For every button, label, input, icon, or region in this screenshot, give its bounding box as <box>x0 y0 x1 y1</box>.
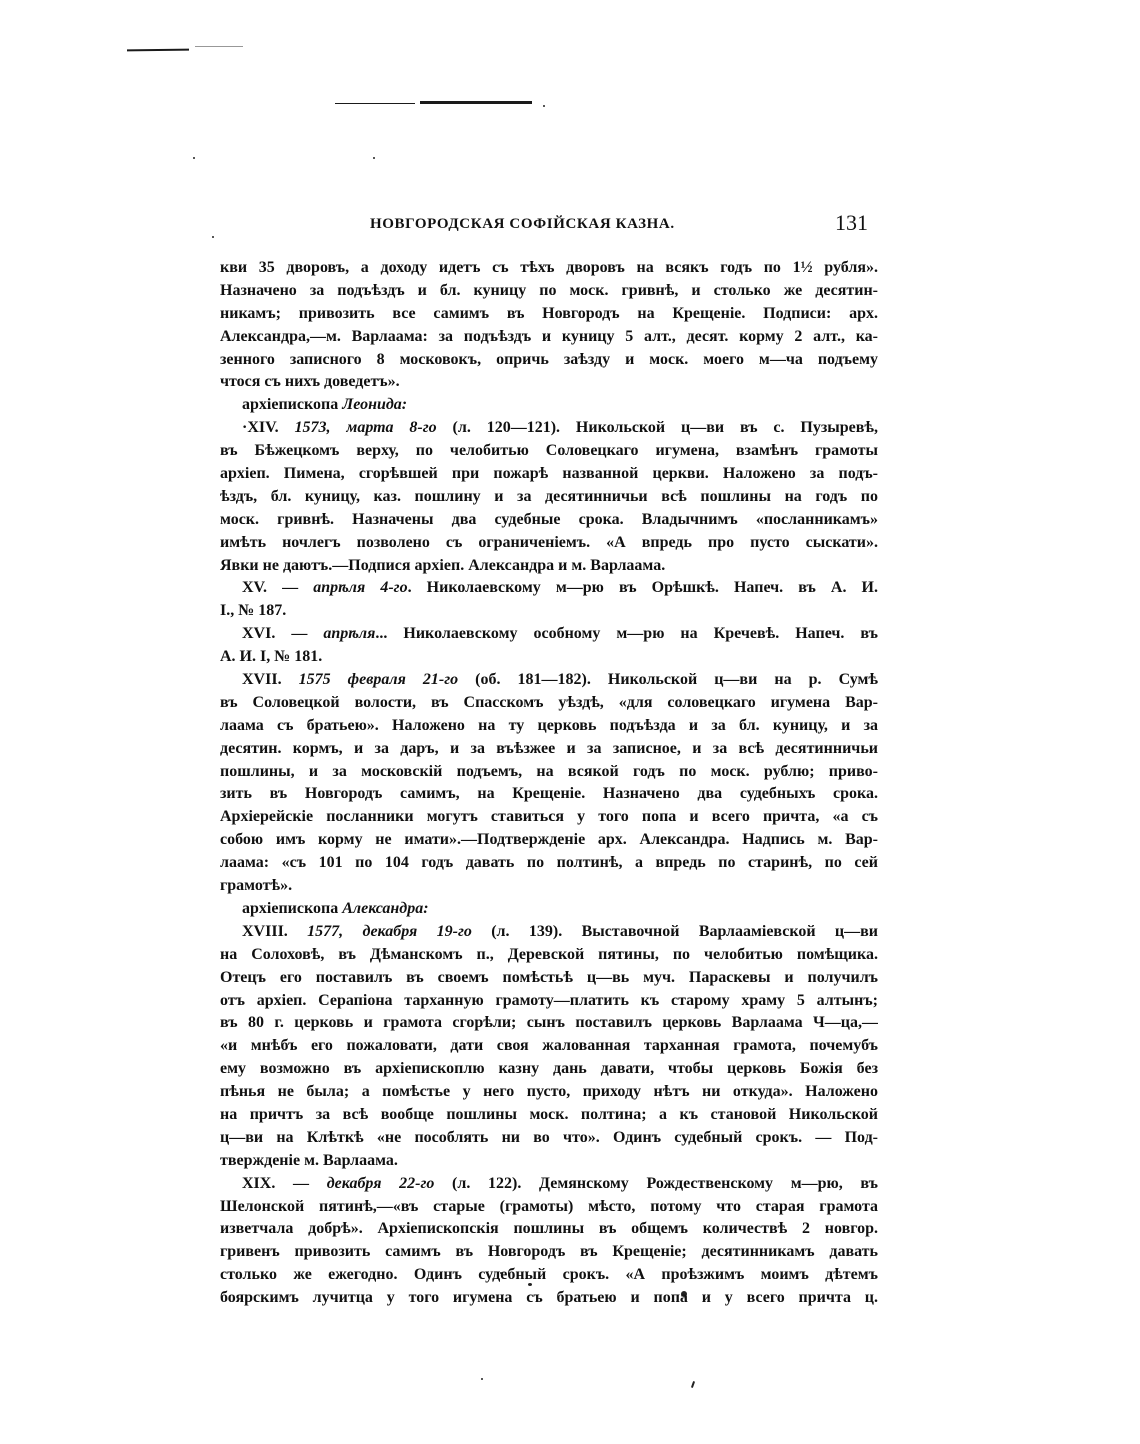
text-line: ц—ви на Клѣткѣ «не пособлять ни во что».… <box>220 1127 878 1150</box>
text-span: Архіерейскіе посланники могутъ ставиться… <box>220 808 878 825</box>
text-line: «и мнѣбъ его пожаловати, дати своя жалов… <box>220 1035 878 1058</box>
text-span: ѣздъ, бл. куницу, каз. пошлину и за деся… <box>220 488 878 505</box>
text-line: XVI. — апрѣля... Николаевскому особному … <box>220 623 878 646</box>
scan-speck <box>212 236 214 238</box>
italic-date-span: апрѣля <box>323 625 375 642</box>
text-line: ·XIV. 1573, марта 8-го (л. 120—121). Ник… <box>220 417 878 440</box>
text-line: Александра,—м. Варлаама: за подъѣздъ и к… <box>220 326 878 349</box>
text-span: лаама: «съ 101 по 104 годъ давать по пол… <box>220 854 878 871</box>
text-span: А. И. I, № 181. <box>220 648 322 665</box>
text-span: десятин. кормъ, и за даръ, и за въѣзжее … <box>220 740 878 757</box>
text-span: собою имъ корму не имати».—Подтвержденіе… <box>220 831 878 848</box>
text-line: архіепископа Леонида: <box>220 394 878 417</box>
text-span: зенного записного 8 московокъ, опричь за… <box>220 351 878 368</box>
text-span: изветчала добрѣ». Архіепископскія пошлин… <box>220 1220 878 1237</box>
text-span: пѣнья не была; а помѣстье у него пусто, … <box>220 1083 878 1100</box>
text-line: Архіерейскіе посланники могутъ ставиться… <box>220 806 878 829</box>
text-span: (л. 139). Выставочной Варлааміевской ц—в… <box>472 923 878 940</box>
text-line: кви 35 дворовъ, а доходу идетъ съ тѣхъ д… <box>220 257 878 280</box>
text-span: на Солоховѣ, въ Дѣманскомъ п., Деревской… <box>220 946 878 963</box>
text-span: ·XIV. <box>242 419 294 436</box>
text-span: столько же ежегодно. Одинъ судебный срок… <box>220 1266 878 1283</box>
text-line: XIX. — декабря 22-го (л. 122). Демянском… <box>220 1173 878 1196</box>
text-span: кви 35 дворовъ, а доходу идетъ съ тѣхъ д… <box>220 259 878 276</box>
text-span: . Николаевскому м—рю въ Орѣшкѣ. Напеч. в… <box>408 579 878 596</box>
text-span: на причтъ за всѣ вообще пошлины моск. по… <box>220 1106 878 1123</box>
text-span: грамотѣ». <box>220 877 292 894</box>
text-span: моск. гривнѣ. Назначены два судебные сро… <box>220 511 878 528</box>
text-line: XV. — апрѣля 4-го. Николаевскому м—рю въ… <box>220 577 878 600</box>
text-line: лаама: «съ 101 по 104 годъ давать по пол… <box>220 852 878 875</box>
text-span: ему возможно въ архіепископлю казну дань… <box>220 1060 878 1077</box>
text-span: ... Николаевскому особному м—рю на Крече… <box>375 625 878 642</box>
text-span: XIX. — <box>242 1175 327 1192</box>
text-line: ему возможно въ архіепископлю казну дань… <box>220 1058 878 1081</box>
text-span: XVIII. <box>242 923 307 940</box>
text-line: Шелонской пятинѣ,—«въ старые (грамоты) м… <box>220 1196 878 1219</box>
text-line: XVII. 1575 февраля 21-го (об. 181—182). … <box>220 669 878 692</box>
text-line: въ 80 г. церковь и грамота сгорѣли; сынъ… <box>220 1012 878 1035</box>
page-number: 131 <box>835 210 868 236</box>
text-line: гривенъ привозить самимъ въ Новгородъ въ… <box>220 1241 878 1264</box>
text-span: (л. 120—121). Никольской ц—ви въ с. Пузы… <box>437 419 878 436</box>
text-line: моск. гривнѣ. Назначены два судебные сро… <box>220 509 878 532</box>
text-line: чтося съ нихъ доведетъ». <box>220 371 878 394</box>
text-line: десятин. кормъ, и за даръ, и за въѣзжее … <box>220 738 878 761</box>
text-span: боярскимъ лучитца у того игумена съ брат… <box>220 1289 878 1306</box>
scan-speck <box>543 105 545 107</box>
text-line: твержденіе м. Варлаама. <box>220 1150 878 1173</box>
italic-date-span: Александра: <box>342 900 428 917</box>
text-span: гривенъ привозить самимъ въ Новгородъ въ… <box>220 1243 878 1260</box>
text-span: никамъ; привозить все самимъ въ Новгород… <box>220 305 878 322</box>
text-span: (об. 181—182). Никольской ц—ви на р. Сум… <box>458 671 878 688</box>
text-span: пошлины, и за московскій подъемъ, на вся… <box>220 763 878 780</box>
text-span: отъ архіеп. Серапіона тарханную грамоту—… <box>220 992 878 1009</box>
text-line: пѣнья не была; а помѣстье у него пусто, … <box>220 1081 878 1104</box>
italic-date-span: декабря 22-го <box>327 1175 435 1192</box>
text-line: архіепископа Александра: <box>220 898 878 921</box>
text-line: лаама съ братьею». Наложено на ту церков… <box>220 715 878 738</box>
text-span: I., № 187. <box>220 602 286 619</box>
text-span: архіепископа <box>242 900 342 917</box>
text-span: лаама съ братьею». Наложено на ту церков… <box>220 717 878 734</box>
text-span: XVII. <box>242 671 299 688</box>
scan-rule-upper <box>335 103 415 104</box>
text-line: ѣздъ, бл. куницу, каз. пошлину и за деся… <box>220 486 878 509</box>
text-span: въ Бѣжецкомъ верху, по челобитью Соловец… <box>220 442 878 459</box>
text-span: чтося съ нихъ доведетъ». <box>220 373 400 390</box>
text-span: ц—ви на Клѣткѣ «не пособлять ни во что».… <box>220 1129 878 1146</box>
text-line: грамотѣ». <box>220 875 878 898</box>
text-line: боярскимъ лучитца у того игумена съ брат… <box>220 1287 878 1310</box>
text-line: въ Бѣжецкомъ верху, по челобитью Соловец… <box>220 440 878 463</box>
text-line: А. И. I, № 181. <box>220 646 878 669</box>
text-line: I., № 187. <box>220 600 878 623</box>
scan-speck <box>373 157 375 159</box>
text-line: имѣть ночлегъ позволено съ ограниченіемъ… <box>220 532 878 555</box>
scan-rule-top-left <box>127 49 189 52</box>
text-line: зенного записного 8 московокъ, опричь за… <box>220 349 878 372</box>
text-span: Отецъ его поставилъ въ своемъ помѣстьѣ ц… <box>220 969 878 986</box>
text-line: изветчала добрѣ». Архіепископскія пошлин… <box>220 1218 878 1241</box>
text-span: имѣть ночлегъ позволено съ ограниченіемъ… <box>220 534 878 551</box>
scanned-book-page: НОВГОРОДСКАЯ СОФІЙСКАЯ КАЗНА. 131 кви 35… <box>0 0 1140 1444</box>
text-line: въ Соловецкой волости, въ Спасскомъ уѣзд… <box>220 692 878 715</box>
text-line: Назначено за подъѣздъ и бл. куницу по мо… <box>220 280 878 303</box>
scan-rule-upper-thick <box>420 101 532 104</box>
text-line: собою имъ корму не имати».—Подтвержденіе… <box>220 829 878 852</box>
text-line: столько же ежегодно. Одинъ судебный срок… <box>220 1264 878 1287</box>
text-span: Назначено за подъѣздъ и бл. куницу по мо… <box>220 282 878 299</box>
scan-speck <box>193 157 195 159</box>
scan-speck <box>481 1378 483 1380</box>
italic-date-span: апрѣля 4-го <box>313 579 407 596</box>
text-line: на Солоховѣ, въ Дѣманскомъ п., Деревской… <box>220 944 878 967</box>
running-title: НОВГОРОДСКАЯ СОФІЙСКАЯ КАЗНА. <box>370 216 675 233</box>
text-span: (л. 122). Демянскому Рождественскому м—р… <box>434 1175 878 1192</box>
text-span: XV. — <box>242 579 313 596</box>
text-span: Шелонской пятинѣ,—«въ старые (грамоты) м… <box>220 1198 878 1215</box>
italic-date-span: Леонида: <box>342 396 407 413</box>
text-span: архіеп. Пимена, сгорѣвшей при пожарѣ наз… <box>220 465 878 482</box>
text-line: никамъ; привозить все самимъ въ Новгород… <box>220 303 878 326</box>
text-line: Явки не даютъ.—Подпися архіеп. Александр… <box>220 555 878 578</box>
italic-date-span: 1575 февраля 21-го <box>299 671 459 688</box>
italic-date-span: 1573, марта 8-го <box>294 419 436 436</box>
body-text: кви 35 дворовъ, а доходу идетъ съ тѣхъ д… <box>220 257 878 1310</box>
italic-date-span: 1577, декабря 19-го <box>307 923 472 940</box>
text-line: на причтъ за всѣ вообще пошлины моск. по… <box>220 1104 878 1127</box>
text-span: въ Соловецкой волости, въ Спасскомъ уѣзд… <box>220 694 878 711</box>
text-line: XVIII. 1577, декабря 19-го (л. 139). Выс… <box>220 921 878 944</box>
text-span: въ 80 г. церковь и грамота сгорѣли; сынъ… <box>220 1014 878 1031</box>
running-header: НОВГОРОДСКАЯ СОФІЙСКАЯ КАЗНА. 131 <box>220 210 878 238</box>
text-span: архіепископа <box>242 396 342 413</box>
scan-speck <box>691 1381 695 1388</box>
text-span: твержденіе м. Варлаама. <box>220 1152 398 1169</box>
text-line: отъ архіеп. Серапіона тарханную грамоту—… <box>220 990 878 1013</box>
text-line: Отецъ его поставилъ въ своемъ помѣстьѣ ц… <box>220 967 878 990</box>
text-span: Александра,—м. Варлаама: за подъѣздъ и к… <box>220 328 878 345</box>
scan-rule-top-left-faint <box>195 46 243 47</box>
text-line: пошлины, и за московскій подъемъ, на вся… <box>220 761 878 784</box>
text-span: XVI. — <box>242 625 323 642</box>
text-span: «и мнѣбъ его пожаловати, дати своя жалов… <box>220 1037 878 1054</box>
text-span: Явки не даютъ.—Подпися архіеп. Александр… <box>220 557 665 574</box>
text-line: архіеп. Пимена, сгорѣвшей при пожарѣ наз… <box>220 463 878 486</box>
text-line: зить въ Новгородъ самимъ, на Крещеніе. Н… <box>220 783 878 806</box>
text-span: зить въ Новгородъ самимъ, на Крещеніе. Н… <box>220 785 878 802</box>
